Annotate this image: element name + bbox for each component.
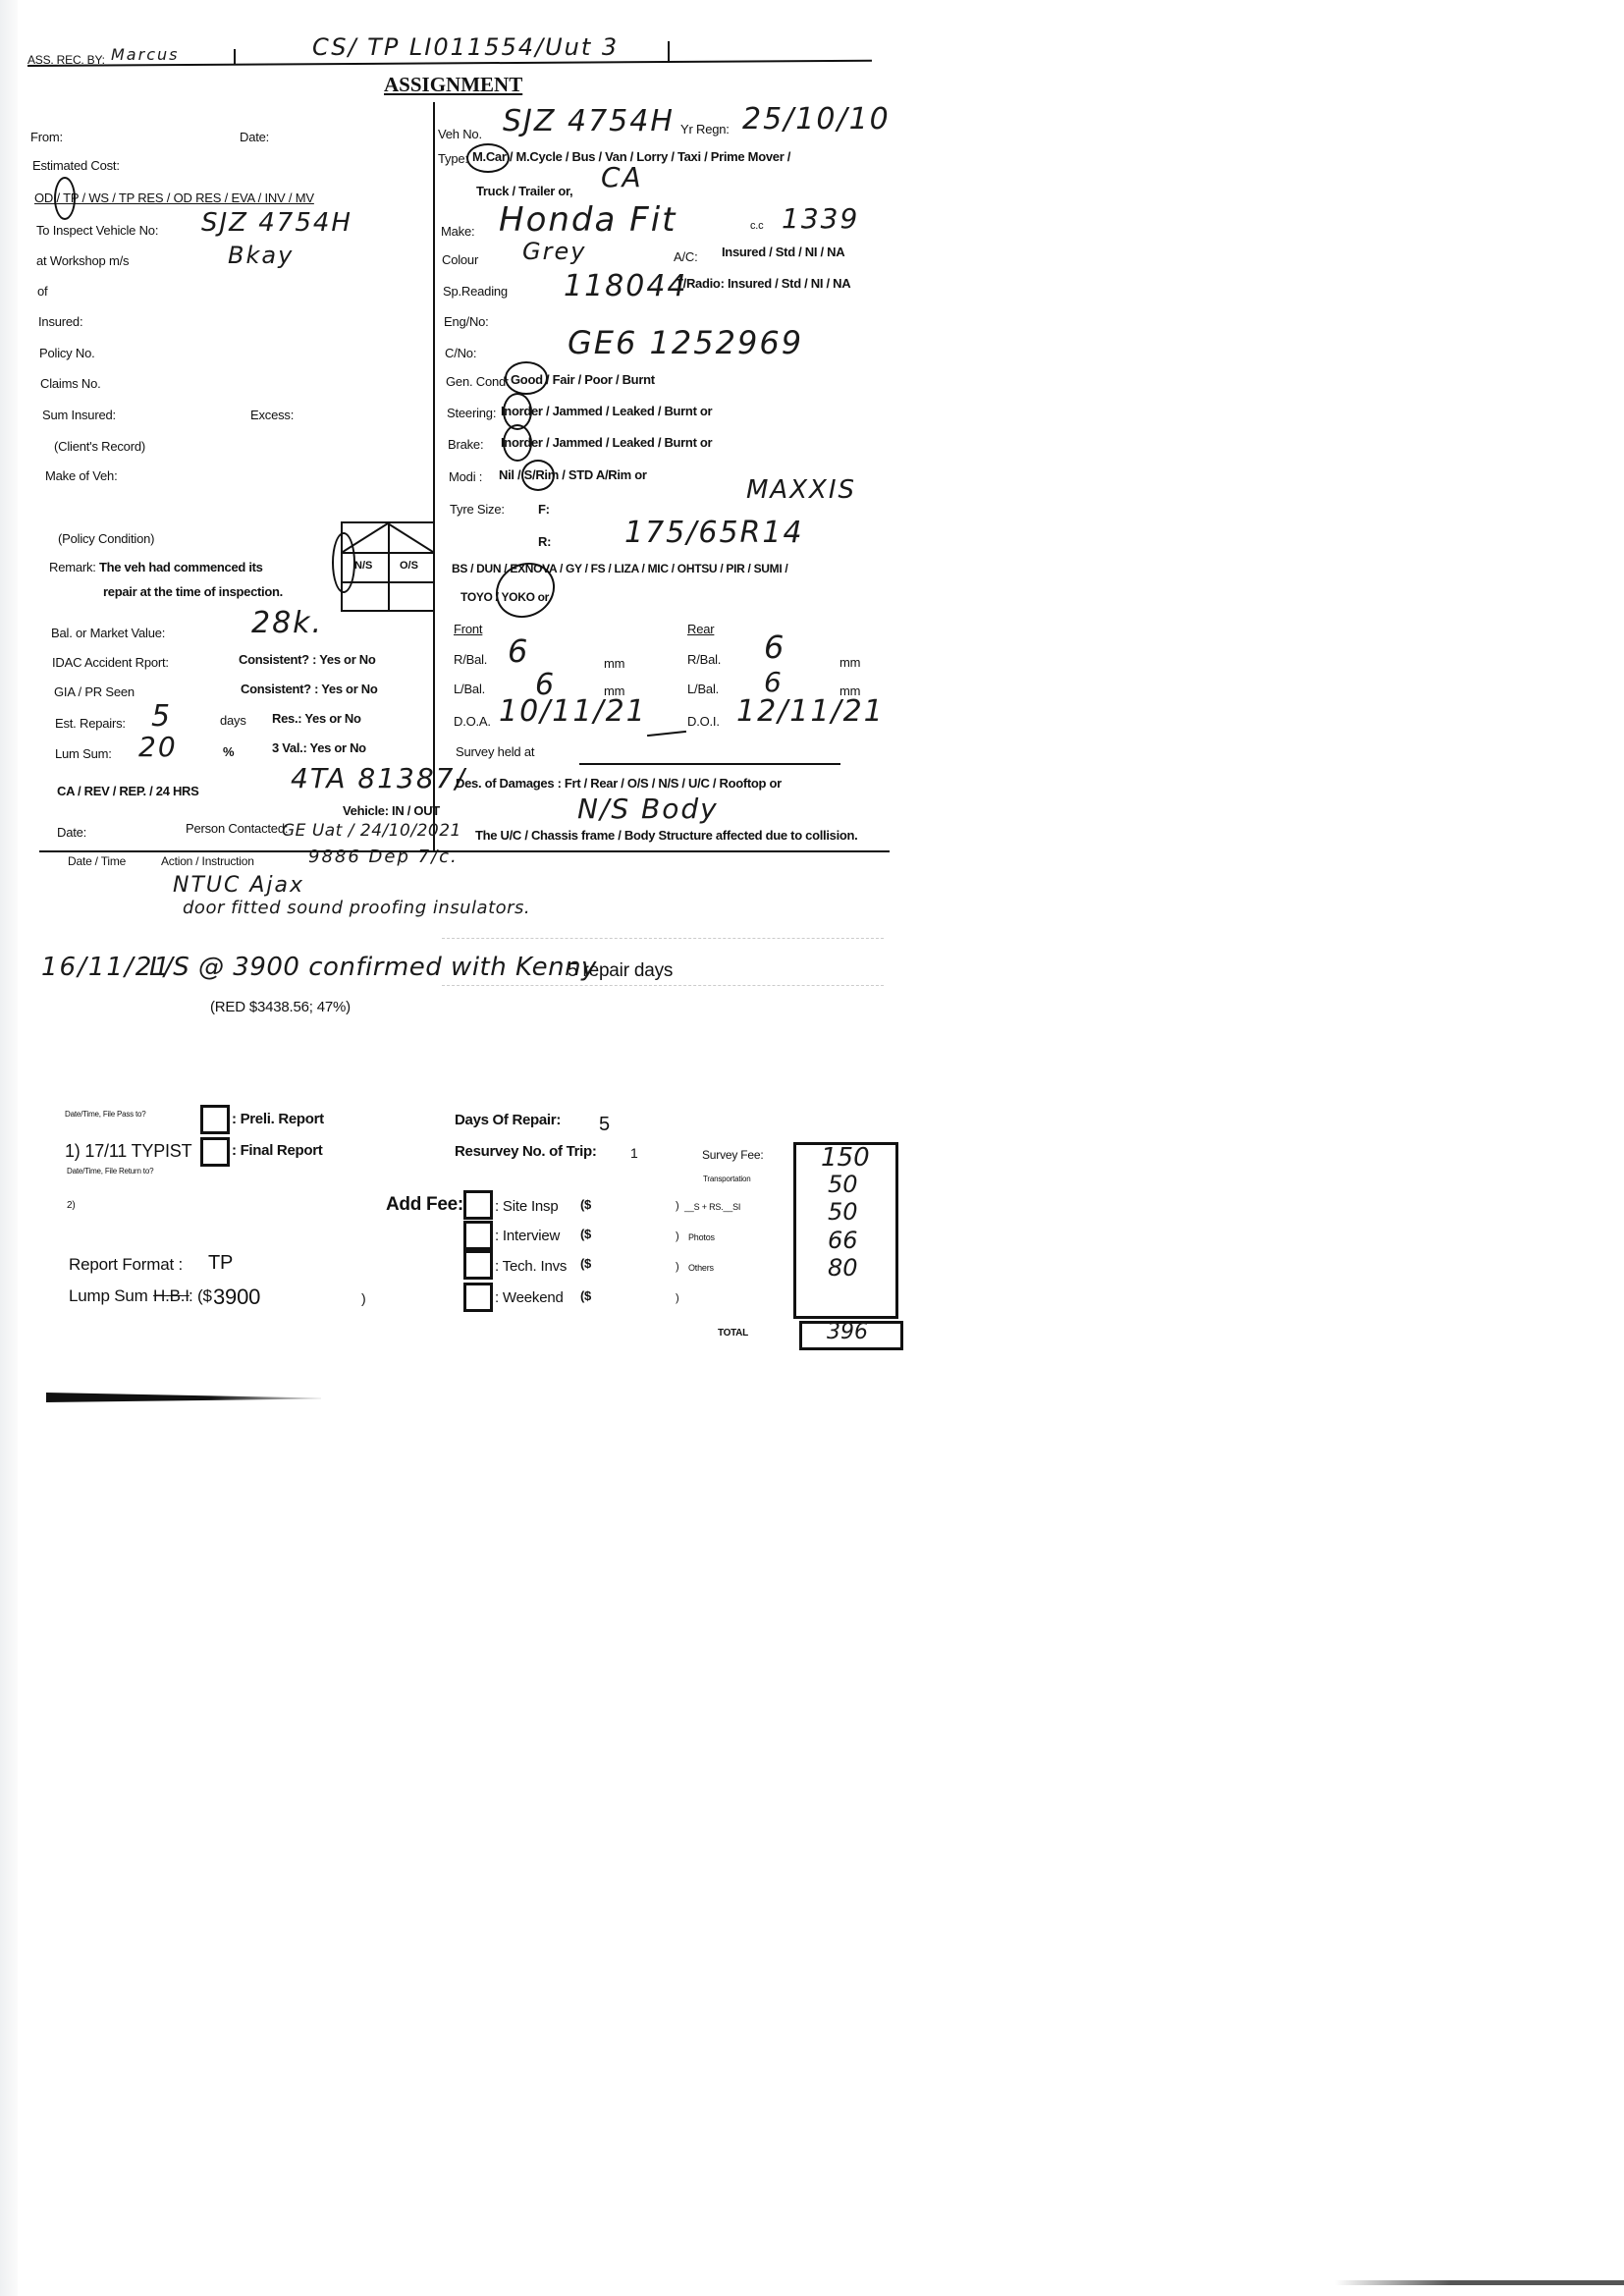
- lump-sum-prefix: : ($: [189, 1286, 212, 1306]
- rear-rbal-label: R/Bal.: [687, 652, 721, 667]
- add-fee-label: Add Fee:: [386, 1194, 463, 1216]
- steering-options: Inorder / Jammed / Leaked / Burnt or: [501, 404, 712, 418]
- res-yes-no: Res.: Yes or No: [272, 711, 361, 726]
- diagram-ns: N/S: [354, 560, 372, 572]
- est-repairs-value: 5: [151, 699, 172, 734]
- site-insp-suffix: __S + RS.__SI: [684, 1202, 740, 1212]
- c-no-label: C/No:: [445, 346, 476, 360]
- tech-invs-checkbox[interactable]: [463, 1250, 493, 1280]
- rear-lbal-label: L/Bal.: [687, 682, 719, 696]
- report-format-value: TP: [208, 1252, 233, 1275]
- clients-record-label: (Client's Record): [54, 439, 145, 454]
- brake-options: Inorder / Jammed / Leaked / Burnt or: [501, 435, 712, 450]
- ruled-line: [442, 938, 884, 939]
- tradio-options-list: Insured / Std / NI / NA: [728, 276, 850, 291]
- weekend-close: ): [676, 1292, 678, 1304]
- days-label: days: [220, 713, 246, 728]
- tech-invs-label: : Tech. Invs: [495, 1258, 567, 1275]
- workshop-value: Bkay: [228, 242, 294, 269]
- final-report-label: : Final Report: [232, 1142, 322, 1159]
- front-lbal-label: L/Bal.: [454, 682, 485, 696]
- yr-regn-value: 25/10/10: [742, 102, 891, 137]
- log-action-header: Action / Instruction: [161, 854, 254, 868]
- rear-rbal-value: 6: [764, 629, 785, 666]
- diagram-os: O/S: [400, 560, 418, 572]
- gen-cond-selected-circle: [505, 361, 548, 395]
- transportation-label: Transportation: [703, 1175, 751, 1183]
- ac-options: Insured / Std / NI / NA: [722, 245, 844, 259]
- market-value-label: Bal. or Market Value:: [51, 626, 165, 640]
- doa-label: D.O.A.: [454, 714, 491, 729]
- scan-edge-bottom: [1335, 2280, 1624, 2285]
- file-pass-1: 1) 17/11 TYPIST: [65, 1141, 191, 1162]
- yr-regn-label: Yr Regn:: [680, 122, 730, 137]
- ruled-line: [442, 985, 884, 986]
- ca-rev-rep-options: CA / REV / REP. / 24 HRS: [57, 784, 199, 798]
- scan-edge: [0, 0, 18, 2296]
- final-report-checkbox[interactable]: [200, 1137, 230, 1167]
- survey-fee-label: Survey Fee:: [702, 1148, 764, 1162]
- claim-types: OD / TP / WS / TP RES / OD RES / EVA / I…: [34, 191, 314, 205]
- tyre-size-value: 175/65R14: [624, 516, 804, 550]
- log-entry: NTUC Ajax: [173, 873, 304, 898]
- mm-label: mm: [839, 655, 860, 670]
- front-rbal-label: R/Bal.: [454, 652, 487, 667]
- eng-no-label: Eng/No:: [444, 314, 489, 329]
- interview-close: ): [676, 1230, 678, 1242]
- tech-invs-currency: ($: [580, 1256, 591, 1271]
- workshop-label: at Workshop m/s: [36, 253, 129, 268]
- person-contacted-label: Person Contacted:: [186, 821, 288, 836]
- scan-bar: [46, 1393, 321, 1402]
- rear-label: Rear: [687, 622, 714, 636]
- header-divider: [234, 49, 236, 65]
- des-of-damages-value: N/S Body: [577, 793, 719, 825]
- interview-suffix: Photos: [688, 1232, 715, 1242]
- front-label: Front: [454, 622, 482, 636]
- lump-sum-label: Lump Sum: [69, 1286, 148, 1306]
- policy-condition-label: (Policy Condition): [58, 531, 154, 546]
- gia-label: GIA / PR Seen: [54, 684, 135, 699]
- idac-consistent: Consistent? : Yes or No: [239, 652, 376, 667]
- log-entry: L/S @ 3900 confirmed with Kenny: [149, 953, 597, 982]
- tyre-size-label: Tyre Size:: [450, 502, 505, 517]
- fee-srs-value: 50: [828, 1198, 858, 1226]
- of-label: of: [37, 284, 47, 299]
- brake-selected-circle: [503, 424, 532, 462]
- survey-held-at-label: Survey held at: [456, 744, 534, 759]
- resurvey-value: 1: [630, 1145, 638, 1161]
- tyre-f-label: F:: [538, 502, 550, 517]
- truck-trailer-label: Truck / Trailer or,: [476, 184, 572, 198]
- fee-survey-value: 150: [821, 1143, 870, 1173]
- log-entry: 9886 Dep 7/c.: [308, 847, 459, 867]
- tyre-brand-written: MAXXIS: [746, 475, 856, 505]
- type-selected-circle: [466, 143, 510, 173]
- log-date-time-header: Date / Time: [68, 854, 126, 868]
- veh-no-label: Veh No.: [438, 127, 482, 141]
- site-insp-label: : Site Insp: [495, 1198, 559, 1215]
- truck-trailer-value: CA: [601, 161, 643, 193]
- interview-label: : Interview: [495, 1228, 560, 1244]
- ass-rec-by-value: Marcus: [111, 45, 179, 64]
- sum-insured-label: Sum Insured:: [42, 408, 116, 422]
- fee-others-value: 80: [828, 1254, 858, 1282]
- log-entry-printed: 5 repair days: [568, 960, 673, 982]
- date-label: Date:: [240, 130, 269, 144]
- make-of-veh-label: Make of Veh:: [45, 468, 117, 483]
- colour-label: Colour: [442, 252, 478, 267]
- lump-sum-value: 3900: [213, 1285, 260, 1310]
- tyre-brands-line-1: BS / DUN / EXNOVA / GY / FS / LIZA / MIC…: [452, 562, 787, 575]
- total-label: TOTAL: [718, 1328, 748, 1339]
- modi-label: Modi :: [449, 469, 482, 484]
- policy-no-label: Policy No.: [39, 346, 95, 360]
- file-return-label: Date/Time, File Return to?: [67, 1167, 153, 1175]
- type-label: Type:: [438, 151, 468, 166]
- gia-consistent: Consistent? : Yes or No: [241, 682, 378, 696]
- tech-invs-suffix: Others: [688, 1263, 714, 1273]
- front-rbal-value: 6: [508, 632, 529, 670]
- header-divider: [668, 41, 670, 63]
- market-value-value: 28k.: [251, 606, 323, 640]
- tyre-r-label: R:: [538, 534, 551, 549]
- days-of-repair-label: Days Of Repair:: [455, 1112, 561, 1128]
- car-roof-icon: [343, 523, 433, 553]
- claim-type-selected-circle: [54, 177, 76, 220]
- steering-label: Steering:: [447, 406, 496, 420]
- remark-line-2: repair at the time of inspection.: [103, 584, 283, 599]
- column-divider: [433, 102, 435, 850]
- log-divider: [39, 850, 890, 852]
- weekend-currency: ($: [580, 1288, 591, 1303]
- cc-value: 1339: [782, 202, 859, 235]
- inspect-vehicle-value: SJZ 4754H: [201, 208, 352, 238]
- inspect-vehicle-label: To Inspect Vehicle No:: [36, 223, 158, 238]
- weekend-checkbox[interactable]: [463, 1283, 493, 1312]
- interview-currency: ($: [580, 1227, 591, 1241]
- lump-sum-struck: H.B.I: [153, 1286, 189, 1306]
- person-contacted-value: GE Uat / 24/10/2021: [282, 821, 461, 841]
- site-insp-checkbox[interactable]: [463, 1190, 493, 1220]
- claims-no-label: Claims No.: [40, 376, 101, 391]
- insured-label: Insured:: [38, 314, 82, 329]
- resurvey-label: Resurvey No. of Trip:: [455, 1143, 597, 1160]
- percent-label: %: [223, 744, 234, 759]
- estimated-cost-label: Estimated Cost:: [32, 158, 120, 173]
- weekend-label: : Weekend: [495, 1289, 564, 1306]
- dash-mark: [647, 731, 686, 737]
- report-format-label: Report Format :: [69, 1255, 183, 1275]
- remark-label: Remark:: [49, 560, 96, 574]
- log-entry: door fitted sound proofing insulators.: [183, 898, 530, 918]
- file-pass-2: 2): [67, 1200, 76, 1211]
- make-value: Honda Fit: [499, 200, 677, 240]
- c-no-value: GE6 1252969: [568, 324, 803, 361]
- modi-selected-circle: [521, 460, 555, 491]
- est-repairs-label: Est. Repairs:: [55, 716, 126, 731]
- fee-photos-value: 66: [828, 1227, 858, 1254]
- diagram-ns-selected-circle: [332, 532, 355, 593]
- gen-cond-label: Gen. Cond:: [446, 374, 510, 389]
- from-label: From:: [30, 130, 63, 144]
- interview-checkbox[interactable]: [463, 1221, 493, 1250]
- excess-label: Excess:: [250, 408, 294, 422]
- doi-label: D.O.I.: [687, 714, 720, 729]
- sp-reading-value: 118044: [564, 269, 688, 303]
- uc-statement: The U/C / Chassis frame / Body Structure…: [475, 828, 857, 843]
- handwritten-code: 4TA 81387/: [291, 762, 466, 794]
- page-title: ASSIGNMENT: [384, 73, 522, 97]
- idac-label: IDAC Accident Rport:: [52, 655, 169, 670]
- doa-value: 10/11/21: [499, 694, 647, 729]
- lum-sum-label: Lum Sum:: [55, 746, 112, 761]
- fee-transportation-value: 50: [828, 1171, 858, 1198]
- file-pass-label: Date/Time, File Pass to?: [65, 1110, 146, 1119]
- tech-invs-close: ): [676, 1261, 678, 1273]
- preli-report-checkbox[interactable]: [200, 1105, 230, 1134]
- colour-value: Grey: [522, 238, 586, 265]
- des-of-damages: Des. of Damages : Frt / Rear / O/S / N/S…: [456, 776, 782, 791]
- tradio-options: T/Radio:: [676, 276, 725, 291]
- three-val-yes-no: 3 Val.: Yes or No: [272, 740, 366, 755]
- date-2-label: Date:: [57, 825, 86, 840]
- days-of-repair-value: 5: [599, 1114, 610, 1136]
- brake-label: Brake:: [448, 437, 483, 452]
- survey-held-at-line: [579, 763, 840, 765]
- reference-number: CS/ TP LI011554/Uut 3: [312, 33, 619, 61]
- site-insp-close: ): [676, 1200, 678, 1212]
- site-insp-currency: ($: [580, 1197, 591, 1212]
- vehicle-in-out: Vehicle: IN / OUT: [343, 803, 440, 818]
- cc-label: c.c: [750, 220, 763, 232]
- make-label: Make:: [441, 224, 474, 239]
- ac-label: A/C:: [674, 249, 697, 264]
- veh-no-value: SJZ 4754H: [503, 104, 675, 138]
- red-note: (RED $3438.56; 47%): [210, 999, 351, 1015]
- total-value: 396: [827, 1320, 868, 1344]
- mm-label: mm: [604, 656, 624, 671]
- remark-line-1: The veh had commenced its: [99, 560, 263, 574]
- doi-value: 12/11/21: [736, 694, 885, 729]
- preli-report-label: : Preli. Report: [232, 1111, 324, 1127]
- lump-sum-close: ): [361, 1290, 365, 1306]
- lum-sum-value: 20: [138, 731, 178, 763]
- sp-reading-label: Sp.Reading: [443, 284, 508, 299]
